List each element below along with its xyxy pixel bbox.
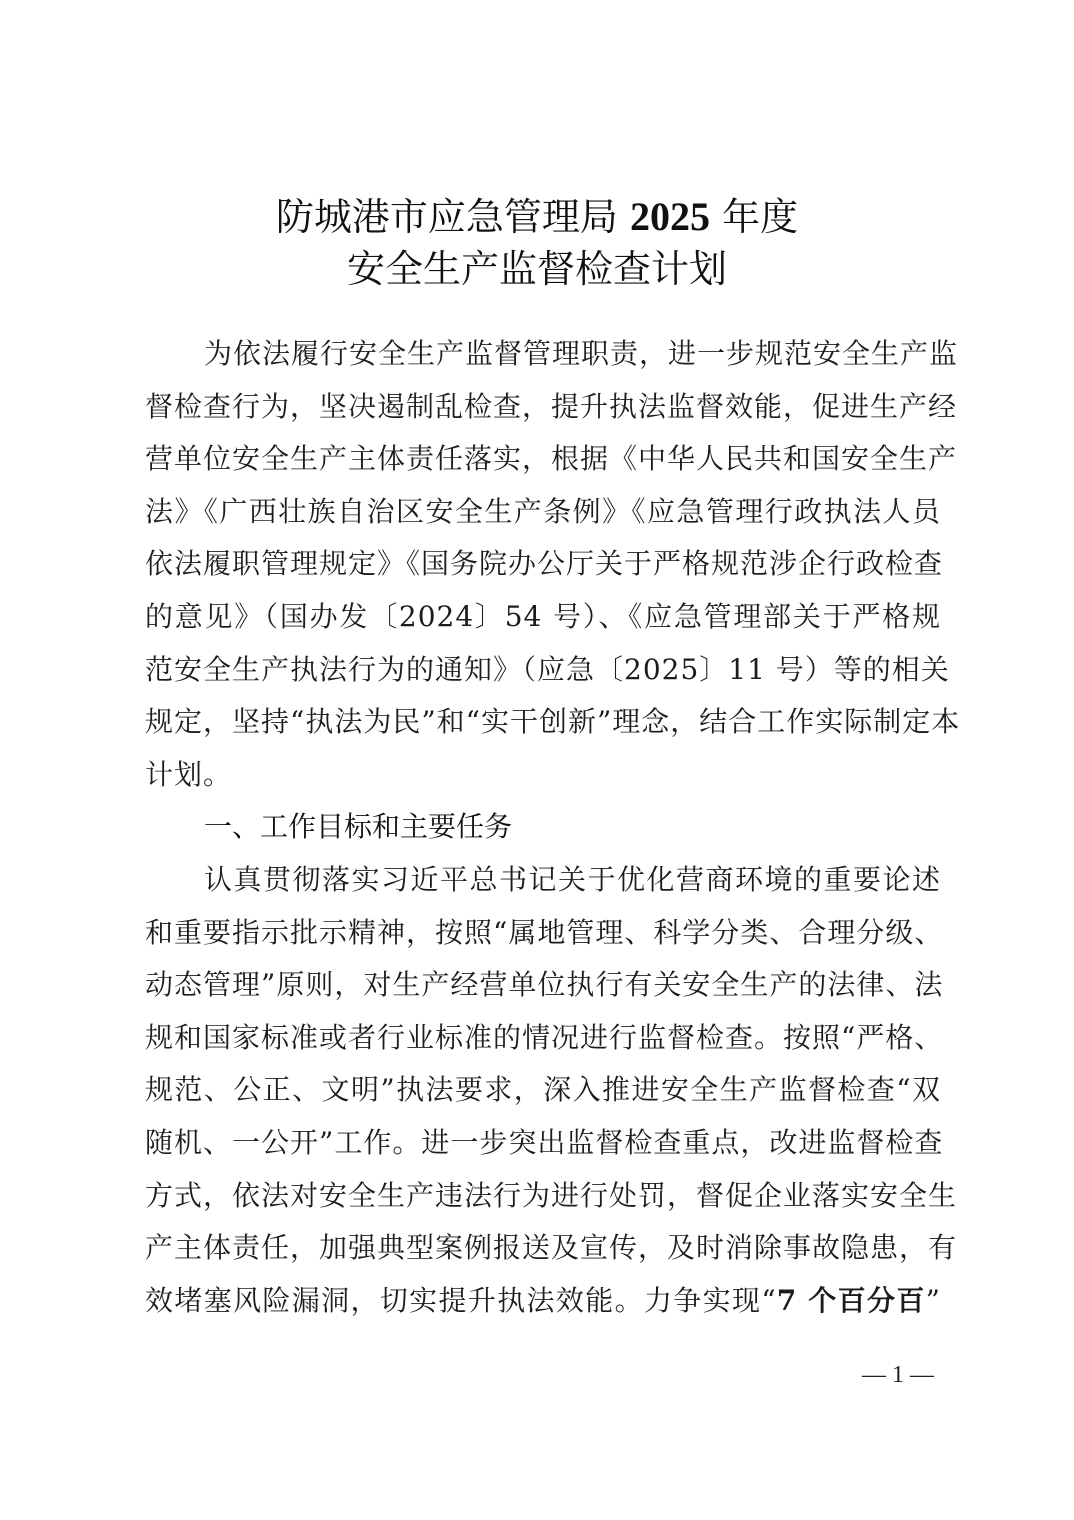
paragraph-line: 督检查行为，坚决遏制乱检查，提升执法监督效能，促进生产经 bbox=[145, 381, 941, 434]
paragraph-line: 依法履职管理规定》《国务院办公厅关于严格规范涉企行政检查 bbox=[145, 538, 941, 591]
paragraph-line: 方式，依法对安全生产违法行为进行处罚，督促企业落实安全生 bbox=[145, 1170, 941, 1223]
document-title-line-2: 安全生产监督检查计划 bbox=[0, 245, 1074, 293]
paragraph-line: 规范、公正、文明”执法要求，深入推进安全生产监督检查“双 bbox=[145, 1064, 941, 1117]
paragraph-line: 为依法履行安全生产监督管理职责，进一步规范安全生产监 bbox=[145, 328, 941, 381]
paragraph-line-last: 效堵塞风险漏洞，切实提升执法效能。力争实现“7 个百分百” bbox=[145, 1275, 941, 1328]
last-line-text: 效堵塞风险漏洞，切实提升执法效能。力争实现“ bbox=[145, 1284, 777, 1317]
paragraph-line: 法》《广西壮族自治区安全生产条例》《应急管理行政执法人员 bbox=[145, 486, 941, 539]
document-title-line-1: 防城港市应急管理局 2025 年度 bbox=[0, 193, 1074, 241]
title-suffix: 年度 bbox=[710, 195, 798, 239]
highlight-seven-hundred-percent: 7 个百分百 bbox=[777, 1284, 926, 1317]
page-number: — 1 — bbox=[852, 1362, 944, 1389]
paragraph-line: 范安全生产执法行为的通知》（应急〔2025〕11 号）等的相关 bbox=[145, 644, 941, 697]
title-org: 防城港市应急管理局 bbox=[276, 195, 630, 239]
paragraph-line: 动态管理”原则，对生产经营单位执行有关安全生产的法律、法 bbox=[145, 959, 941, 1012]
paragraph-line: 的意见》（国办发〔2024〕54 号）、《应急管理部关于严格规 bbox=[145, 591, 941, 644]
section-heading: 一、工作目标和主要任务 bbox=[145, 801, 941, 854]
paragraph-line: 规定，坚持“执法为民”和“实干创新”理念，结合工作实际制定本 bbox=[145, 696, 941, 749]
document-page: 防城港市应急管理局 2025 年度 安全生产监督检查计划 为依法履行安全生产监督… bbox=[0, 0, 1074, 1520]
paragraph-line: 和重要指示批示精神，按照“属地管理、科学分类、合理分级、 bbox=[145, 907, 941, 960]
paragraph-line: 认真贯彻落实习近平总书记关于优化营商环境的重要论述 bbox=[145, 854, 941, 907]
document-body: 为依法履行安全生产监督管理职责，进一步规范安全生产监 督检查行为，坚决遏制乱检查… bbox=[145, 328, 941, 1327]
paragraph-line: 计划。 bbox=[145, 749, 941, 802]
title-year: 2025 bbox=[630, 194, 710, 239]
paragraph-line: 规和国家标准或者行业标准的情况进行监督检查。按照“严格、 bbox=[145, 1012, 941, 1065]
paragraph-line: 营单位安全生产主体责任落实，根据《中华人民共和国安全生产 bbox=[145, 433, 941, 486]
closing-quote: ” bbox=[926, 1284, 941, 1317]
paragraph-line: 随机、一公开”工作。进一步突出监督检查重点，改进监督检查 bbox=[145, 1117, 941, 1170]
intro-paragraph: 为依法履行安全生产监督管理职责，进一步规范安全生产监 督检查行为，坚决遏制乱检查… bbox=[145, 328, 941, 801]
paragraph-line: 产主体责任，加强典型案例报送及宣传，及时消除事故隐患，有 bbox=[145, 1222, 941, 1275]
section-paragraph: 认真贯彻落实习近平总书记关于优化营商环境的重要论述 和重要指示批示精神，按照“属… bbox=[145, 854, 941, 1327]
